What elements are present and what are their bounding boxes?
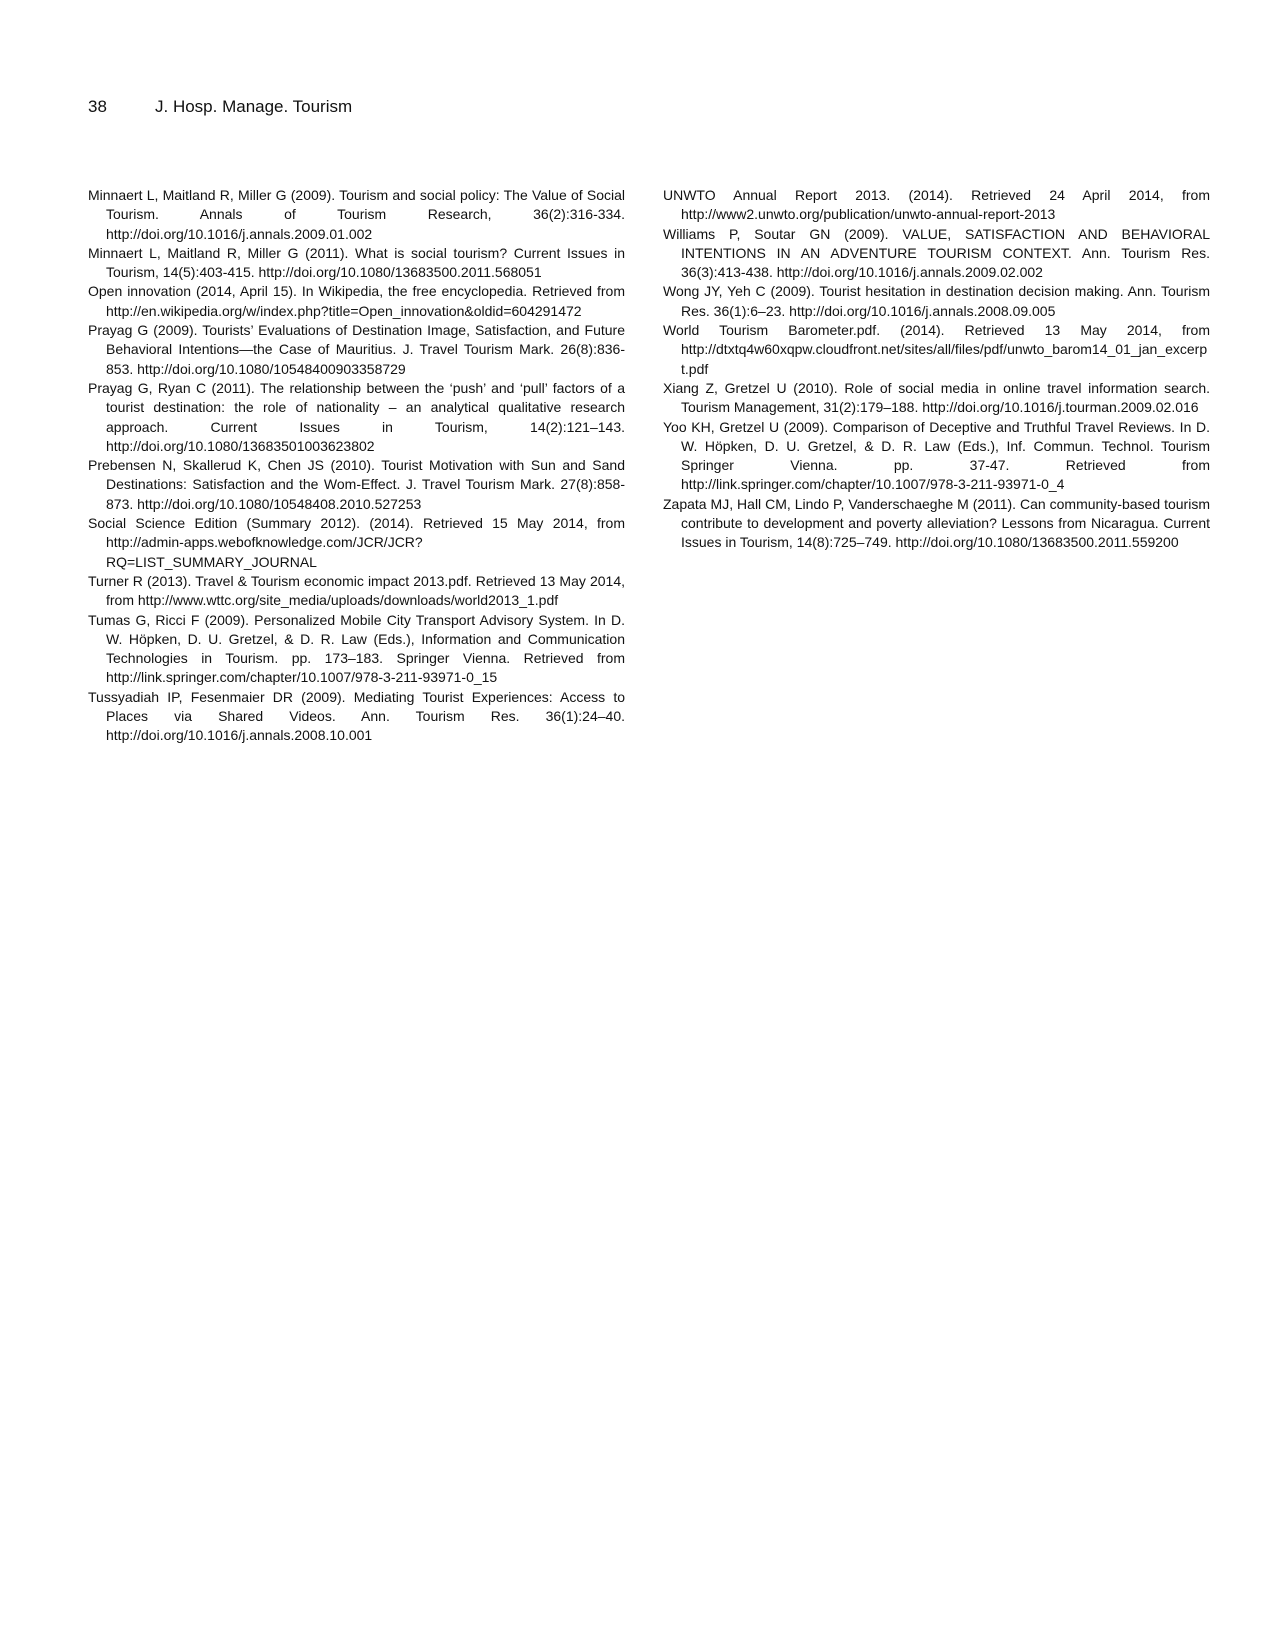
page-number: 38 [88,96,155,118]
reference-entry: Open innovation (2014, April 15). In Wik… [88,282,625,321]
reference-entry: Zapata MJ, Hall CM, Lindo P, Vanderschae… [663,495,1210,553]
reference-entry: Social Science Edition (Summary 2012). (… [88,514,625,572]
reference-entry: Xiang Z, Gretzel U (2010). Role of socia… [663,379,1210,418]
reference-entry: Prayag G (2009). Tourists’ Evaluations o… [88,321,625,379]
running-header: 38J. Hosp. Manage. Tourism [88,96,352,118]
reference-entry: Prebensen N, Skallerud K, Chen JS (2010)… [88,456,625,514]
reference-entry: Prayag G, Ryan C (2011). The relationshi… [88,379,625,456]
reference-entry: Yoo KH, Gretzel U (2009). Comparison of … [663,418,1210,495]
reference-entry: Tussyadiah IP, Fesenmaier DR (2009). Med… [88,688,625,746]
document-page: 38J. Hosp. Manage. Tourism Minnaert L, M… [0,0,1275,1651]
reference-entry: World Tourism Barometer.pdf. (2014). Ret… [663,321,1210,379]
reference-entry: UNWTO Annual Report 2013. (2014). Retrie… [663,186,1210,225]
reference-entry: Tumas G, Ricci F (2009). Personalized Mo… [88,611,625,688]
references-column-left: Minnaert L, Maitland R, Miller G (2009).… [88,186,625,746]
reference-entry: Williams P, Soutar GN (2009). VALUE, SAT… [663,225,1210,283]
reference-entry: Wong JY, Yeh C (2009). Tourist hesitatio… [663,282,1210,321]
reference-entry: Minnaert L, Maitland R, Miller G (2009).… [88,186,625,244]
journal-title: J. Hosp. Manage. Tourism [155,97,352,116]
reference-entry: Turner R (2013). Travel & Tourism econom… [88,572,625,611]
references-column-right: UNWTO Annual Report 2013. (2014). Retrie… [663,186,1210,746]
references-section: Minnaert L, Maitland R, Miller G (2009).… [88,186,1210,746]
reference-entry: Minnaert L, Maitland R, Miller G (2011).… [88,244,625,283]
